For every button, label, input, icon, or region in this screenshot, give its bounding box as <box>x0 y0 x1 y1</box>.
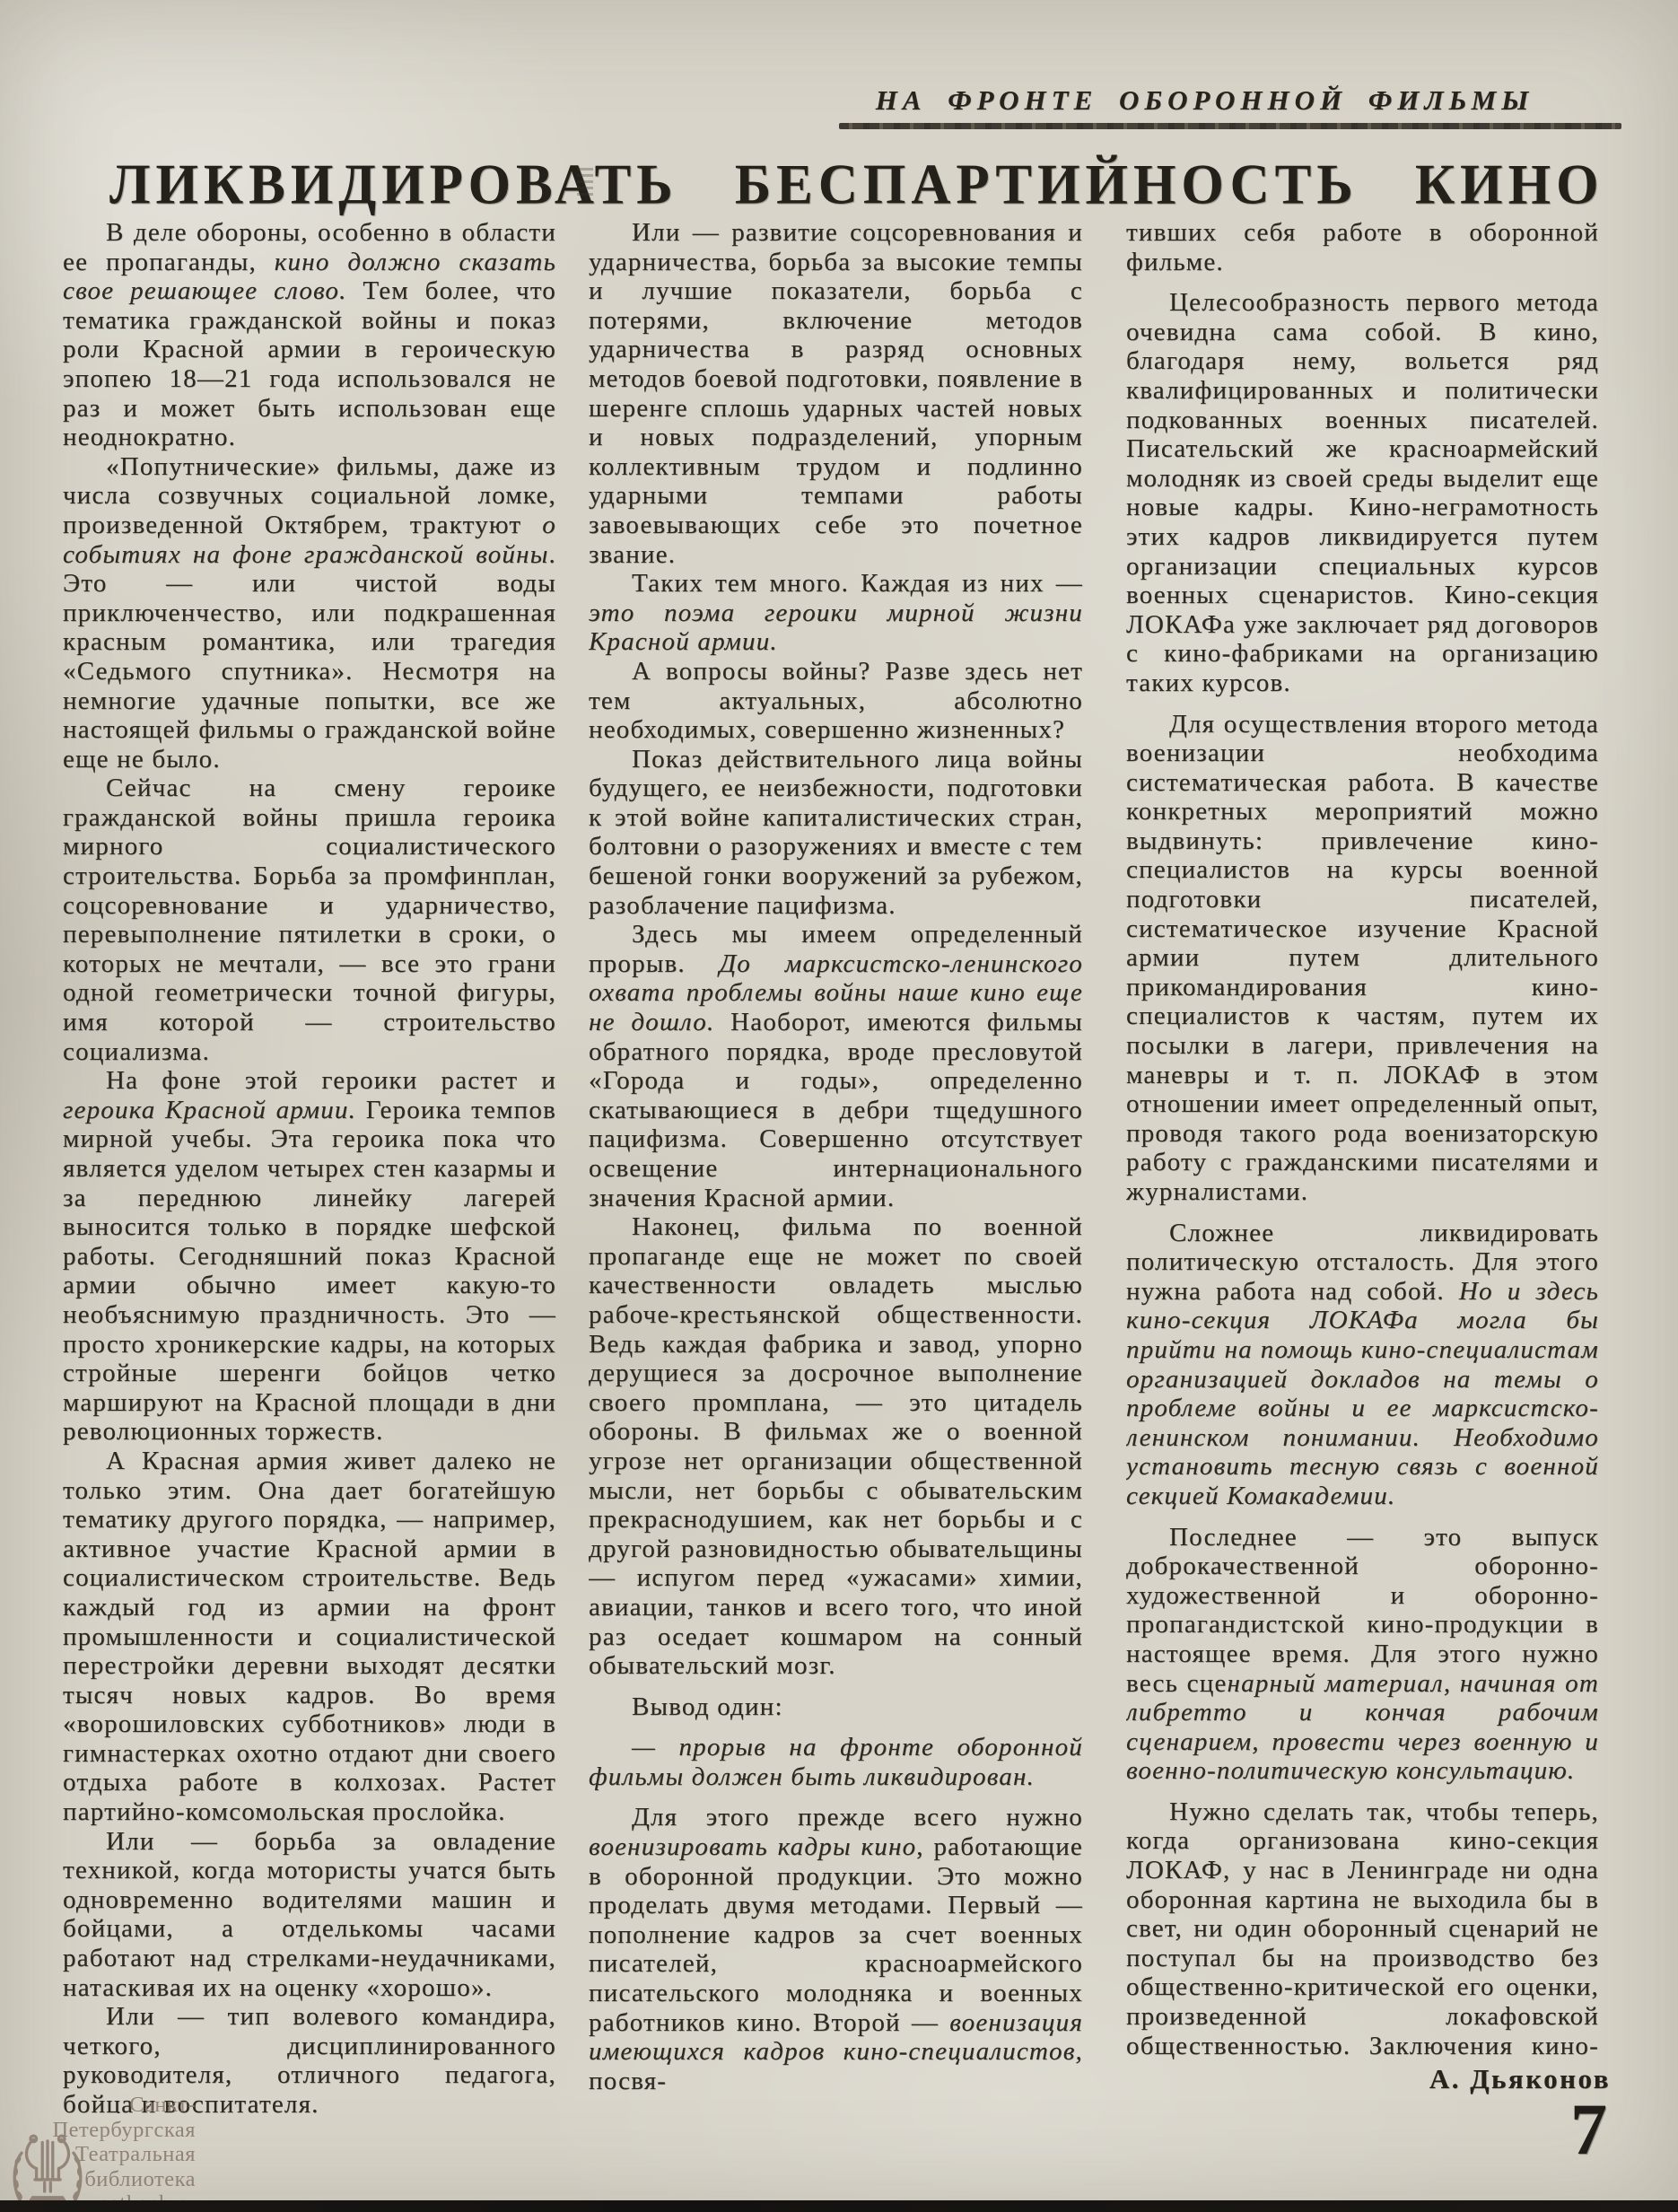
scanned-journal-page: НА ФРОНТЕ ОБОРОННОЙ ФИЛЬМЫ ЛИКВИДИРОВАТЬ… <box>0 0 1678 2212</box>
text-run: Нужно сделать так, чтобы теперь, когда о… <box>1126 1797 1599 2059</box>
section-kicker: НА ФРОНТЕ ОБОРОННОЙ ФИЛЬМЫ <box>839 84 1570 117</box>
text-run: Наконец, фильма по военной пропаганде ещ… <box>589 1212 1083 1680</box>
text-run: Целесообразность первого метода очевидна… <box>1126 288 1599 697</box>
paragraph: В деле обороны, особенно в области ее пр… <box>63 218 556 452</box>
print-artifact <box>577 167 593 196</box>
article-column-2: Или — развитие соцсоревнования и ударнич… <box>589 218 1083 2113</box>
text-run: Вывод один: <box>632 1692 783 1721</box>
paragraph: Вывод один: <box>589 1692 1083 1722</box>
text-run: Для осуществления второго метода воениза… <box>1126 710 1599 1207</box>
article-title: ЛИКВИДИРОВАТЬ БЕСПАРТИЙНОСТЬ КИНО <box>109 156 1586 214</box>
text-run: Или — борьба за овладение техникой, когд… <box>63 1827 556 2002</box>
paragraph: Для осуществления второго метода воениза… <box>1126 710 1599 1207</box>
italic-text-run: — прорыв на фронте оборонной фильмы долж… <box>589 1733 1083 1791</box>
text-run: Показ действительного лица войны будущег… <box>589 745 1083 920</box>
lyre-icon <box>9 2132 86 2209</box>
paragraph: На фоне этой героики растет и героика Кр… <box>63 1066 556 1447</box>
paragraph: Последнее — это выпуск доброкачественной… <box>1126 1523 1599 1786</box>
paragraph: Сложнее ликвидировать политическую отста… <box>1126 1219 1599 1511</box>
article-column-3: тивших себя работе в оборонной фильме.Це… <box>1126 218 1599 2059</box>
paragraph: Таких тем много. Каждая из них — это поэ… <box>589 569 1083 657</box>
kicker-underline-rule <box>839 123 1621 129</box>
paragraph: А вопросы войны? Разве здесь нет тем акт… <box>589 657 1083 745</box>
paragraph: — прорыв на фронте оборонной фильмы долж… <box>589 1733 1083 1791</box>
paragraph: «Попутнические» фильмы, даже из числа со… <box>63 452 556 774</box>
paragraph: Или — развитие соцсоревнования и ударнич… <box>589 218 1083 569</box>
paragraph: Нужно сделать так, чтобы теперь, когда о… <box>1126 1797 1599 2059</box>
italic-text-run: Но и здесь кино-секция ЛОКАФа могла бы п… <box>1126 1277 1599 1510</box>
italic-text-run: героика Красной армии. <box>63 1096 356 1124</box>
paragraph: тивших себя работе в оборонной фильме. <box>1126 218 1599 276</box>
article-column-1: В деле обороны, особенно в области ее пр… <box>63 218 556 2113</box>
text-run: посвя- <box>589 2067 667 2095</box>
text-run: А Красная армия живет далеко не только э… <box>63 1447 556 1826</box>
text-run: На фоне этой героики растет и <box>106 1066 556 1095</box>
text-run: Таких тем много. Каждая из них — <box>632 569 1083 598</box>
paragraph: Наконец, фильма по военной пропаганде ещ… <box>589 1212 1083 1681</box>
text-run: Сейчас на смену героике гражданской войн… <box>63 774 556 1065</box>
paragraph: Для этого прежде всего нужно военизирова… <box>589 1803 1083 2095</box>
text-run: А вопросы войны? Разве здесь нет тем акт… <box>589 657 1083 744</box>
paragraph: Здесь мы имеем определенный прорыв. До м… <box>589 920 1083 1212</box>
text-run: Наоборот, имеются фильмы обратного поряд… <box>589 1008 1083 1212</box>
paragraph: Целесообразность первого метода очевидна… <box>1126 288 1599 697</box>
paragraph: Показ действительного лица войны будущег… <box>589 745 1083 921</box>
scan-bottom-edge <box>0 2200 1678 2212</box>
paragraph: Сейчас на смену героике гражданской войн… <box>63 774 556 1066</box>
paragraph: А Красная армия живет далеко не только э… <box>63 1447 556 1827</box>
italic-text-run: это поэма героики мирной жизни Красной а… <box>589 599 1083 657</box>
author-signature: А. Дьяконов <box>1126 2063 1611 2095</box>
text-run: Героика темпов мирной учебы. Эта героика… <box>63 1096 556 1447</box>
text-run: . Это — или чистой воды приключенчество,… <box>63 540 556 774</box>
text-run: «Попутнические» фильмы, даже из числа со… <box>63 452 556 539</box>
page-number: 7 <box>1570 2093 1607 2166</box>
italic-text-run: военизировать кадры кино <box>589 1832 916 1861</box>
text-run: Или — развитие соцсоревнования и ударнич… <box>589 218 1083 569</box>
paragraph: Или — борьба за овладение техникой, когд… <box>63 1827 556 2003</box>
text-run: тивших себя работе в оборонной фильме. <box>1126 218 1599 276</box>
text-run: , работающие в оборонной продукции. Это … <box>589 1832 1083 2037</box>
text-run: Для этого прежде всего нужно <box>632 1803 1083 1832</box>
